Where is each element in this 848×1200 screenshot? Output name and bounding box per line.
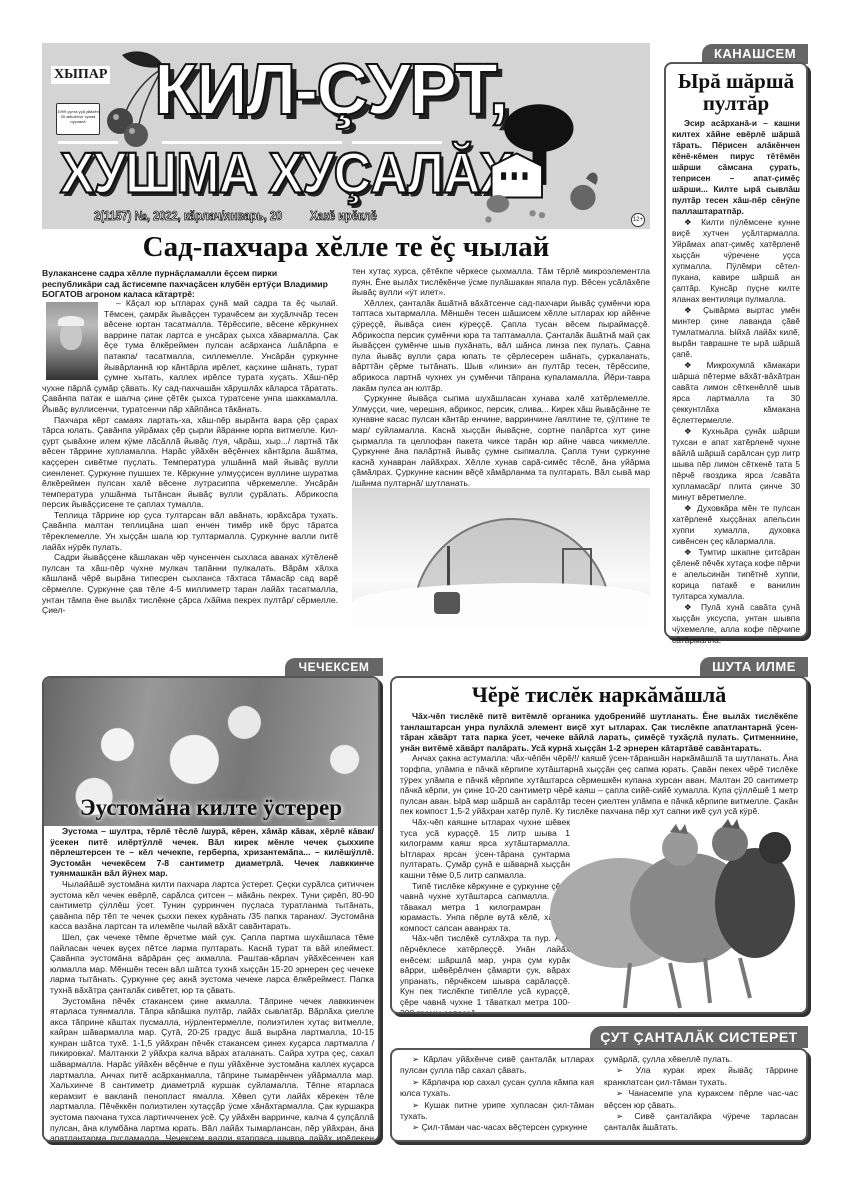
snow — [352, 583, 650, 628]
tip: ❖ Пулă хунă савăта çунă хыççăн уксуспа, … — [672, 602, 800, 646]
tip: ❖ Тумтир шкапне çитсăран çĕленĕ пĕчĕк ху… — [672, 547, 800, 602]
sign-item: ➢ Чанасемпе ула кураксем пĕрле час-час в… — [604, 1088, 798, 1111]
paragraph: Шел, çак чечеке тĕмпе ĕрчетме май çук. Ç… — [50, 932, 374, 996]
main-article-column-2: тен хутаç хурса, çĕтĕкпе чĕркесе çыхмалл… — [352, 266, 650, 488]
issue-number-date: 2(1157) №, 2022, кăрлач/январь, 20 — [94, 208, 282, 223]
paragraph: тен хутаç хурса, çĕтĕкпе чĕркесе çыхмалл… — [352, 266, 650, 298]
section-tab-weather-signs: ÇУТ ÇАНТАЛĂК СИСТЕРЕТ — [590, 1026, 808, 1048]
weather-signs-box: ➢ Кăрлач уйăхĕнче сивĕ çанталăк ытларах … — [390, 1048, 808, 1142]
section-tab-flowers: ЧЕЧЕКСЕМ — [285, 658, 383, 676]
main-article-lead: Вулакансене садра хĕлле пурнăçламалли ĕç… — [42, 268, 338, 300]
face — [60, 322, 82, 350]
signs-column-2: çумăрлă, çулла хĕвеллĕ пулать. ➢ Ула кур… — [604, 1054, 798, 1136]
price: Хакĕ ирĕклĕ — [310, 208, 377, 223]
author-photo — [46, 302, 98, 380]
flowers-lead: Эустома – шултра, тĕрлĕ тĕслĕ /шурă, кĕр… — [50, 826, 374, 879]
section-tab-note: ШУТА ИЛМЕ — [700, 657, 808, 677]
tree-house-icon — [437, 103, 647, 229]
main-article-title: Сад-пахчара хĕлле те ĕç чылай — [42, 230, 650, 264]
tip: ❖ Духовкăра мĕн те пулсан хатĕрленĕ хыçç… — [672, 503, 800, 547]
sign-item: ➢ Çил-тăман час-часах вĕçтерсен çуркунне — [400, 1122, 594, 1133]
paragraph: Чылайăшĕ эустомăна килти пахчара лартса … — [50, 879, 374, 932]
signs-column-1: ➢ Кăрлач уйăхĕнче сивĕ çанталăк ытларах … — [400, 1054, 594, 1136]
tip: ❖ Кухньăра çунăк шăрши тухсан е апат хат… — [672, 426, 800, 503]
founded-note: 1999 çулта уçă уйăхĕн 30-мĕшĕнче тухма п… — [56, 103, 100, 135]
sign-item: ➢ Кăрлачра юр сахал çусан çулла кăмпа ка… — [400, 1077, 594, 1100]
hens-illustration — [540, 818, 800, 1013]
sign-item: ➢ Кăрлач уйăхĕнче сивĕ çанталăк ытларах … — [400, 1054, 594, 1077]
advice-box: Ырă шăршă пултăр Эсир асăрханă-и – кашни… — [664, 62, 808, 638]
shovel-blade — [434, 592, 460, 614]
flowers-box: Эустомăна килте ÿстерер Эустома – шултра… — [42, 676, 380, 1142]
cap — [58, 316, 84, 326]
sign-item: çумăрлă, çулла хĕвеллĕ пулать. — [604, 1054, 798, 1065]
compost-box: Чĕрĕ тислĕк наркăмăшлă Чăх-чĕп тислĕкĕ п… — [390, 676, 808, 1014]
age-rating-badge: 12+ — [631, 213, 645, 227]
advice-body: Эсир асăрханă-и – кашни килтех хăйне евĕ… — [672, 118, 800, 646]
compost-lead: Чăх-чĕп тислĕкĕ питĕ витĕмлĕ органика уд… — [400, 711, 798, 753]
tip: ❖ Микрохумлă кăмакари шăрша пĕтерме вăхă… — [672, 360, 800, 426]
greenhouse-photo — [352, 488, 650, 628]
paragraph: Анчах çакна астумалла: чăх-чĕпĕн чĕрĕ/!/… — [400, 753, 798, 817]
paragraph: Теплица тăррине юр çуса тултарсан вăл ав… — [42, 510, 338, 552]
flowers-body: Эустома – шултра, тĕрлĕ тĕслĕ /шурă, кĕр… — [50, 826, 374, 1142]
sign-item: ➢ Сивĕ çанталăкра чÿрече тарласан çантал… — [604, 1111, 798, 1134]
masthead: ХЫПАР 1999 çулта уçă уйăхĕн 30-мĕшĕнче т… — [42, 43, 650, 229]
compost-title: Чĕрĕ тислĕк наркăмăшлă — [400, 682, 798, 708]
tip: ❖ Çывăрма выртас умĕн минтер çине лаванд… — [672, 305, 800, 360]
advice-title: Ырă шăршă пултăр — [672, 70, 800, 114]
sign-item: ➢ Ула курак ирех йывăç тăррине кранклатс… — [604, 1065, 798, 1088]
flowers-title: Эустомăна килте ÿстерер — [44, 794, 378, 822]
paragraph: Садри йывăççене кăшлакан чĕр чунсенчен с… — [42, 552, 338, 616]
paragraph: Эустомăна пĕчĕк стакансем çине акмалла. … — [50, 996, 374, 1143]
paragraph: Çуркунне йывăçа сыпма шухăшласан хунава … — [352, 393, 650, 488]
paragraph: Хĕллех, çанталăк ăшăтнă вăхăтсенче сад-п… — [352, 298, 650, 393]
tip: ❖ Килти пÿлĕмсене кунне виçĕ хутчен уçăл… — [672, 217, 800, 305]
sign-item: ➢ Кушак питне урипе хупласан çил-тăман т… — [400, 1100, 594, 1123]
section-tab-advice: КАНАШСЕМ — [702, 44, 808, 64]
advice-lead: Эсир асăрханă-и – кашни килтех хăйне евĕ… — [672, 118, 800, 217]
paragraph: Пахчара кĕрт самаях лартать-ха, хăш-пĕр … — [42, 415, 338, 510]
